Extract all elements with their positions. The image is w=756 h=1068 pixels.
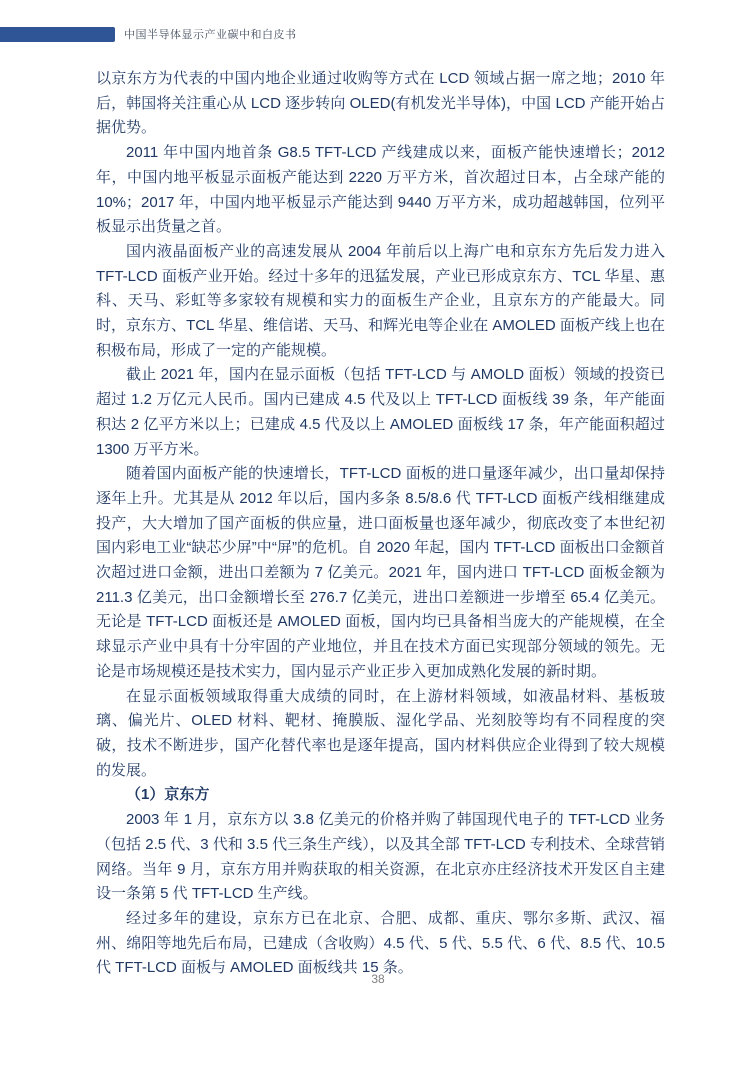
paragraph: 2011 年中国内地首条 G8.5 TFT-LCD 产线建成以来，面板产能快速增…: [96, 141, 665, 240]
paragraph: 随着国内面板产能的快速增长，TFT-LCD 面板的进口量逐年减少，出口量却保持逐…: [96, 462, 665, 684]
header-accent-bar: [0, 27, 115, 42]
page-footer: 38: [0, 970, 756, 988]
page-header: 中国半导体显示产业碳中和白皮书: [0, 26, 756, 42]
header-title: 中国半导体显示产业碳中和白皮书: [124, 26, 297, 42]
section-heading: （1）京东方: [96, 783, 665, 808]
paragraph: 2003 年 1 月，京东方以 3.8 亿美元的价格并购了韩国现代电子的 TFT…: [96, 808, 665, 907]
paragraph: 截止 2021 年，国内在显示面板（包括 TFT-LCD 与 AMOLD 面板）…: [96, 363, 665, 462]
paragraph: 在显示面板领域取得重大成绩的同时，在上游材料领域，如液晶材料、基板玻璃、偏光片、…: [96, 685, 665, 784]
paragraph: 国内液晶面板产业的高速发展从 2004 年前后以上海广电和京东方先后发力进入 T…: [96, 240, 665, 364]
document-page: 中国半导体显示产业碳中和白皮书 以京东方为代表的中国内地企业通过收购等方式在 L…: [0, 0, 756, 1068]
paragraph: 以京东方为代表的中国内地企业通过收购等方式在 LCD 领域占据一席之地；2010…: [96, 67, 665, 141]
page-number: 38: [371, 972, 384, 986]
body-text-block: 以京东方为代表的中国内地企业通过收购等方式在 LCD 领域占据一席之地；2010…: [96, 67, 665, 981]
